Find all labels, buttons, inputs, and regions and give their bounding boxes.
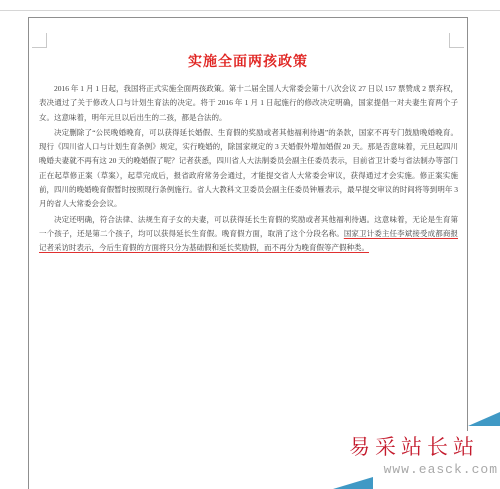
top-divider (0, 10, 500, 11)
paragraph-maternity-leave: 决定还明确，符合法律、法规生育子女的夫妻，可以获得延长生育假的奖励或者其他福利待… (39, 213, 458, 256)
document-page: 实施全面两孩政策 2016 年 1 月 1 日起，我国将正式实施全面两孩政策。第… (28, 17, 468, 489)
watermark-triangle-top-icon (468, 412, 500, 426)
watermark: 易采站长站 www.easck.com (328, 431, 500, 489)
paragraph-marriage-leave: 决定删除了“公民晚婚晚育，可以获得延长婚假、生育假的奖励或者其他福利待遇”的条款… (39, 126, 458, 212)
document-body: 2016 年 1 月 1 日起，我国将正式实施全面两孩政策。第十二届全国人大常委… (29, 82, 467, 256)
margin-crop-mark-left (32, 33, 47, 48)
paragraph-intro: 2016 年 1 月 1 日起，我国将正式实施全面两孩政策。第十二届全国人大常委… (39, 82, 458, 125)
watermark-site-name: 易采站长站 (328, 435, 500, 460)
document-canvas: 实施全面两孩政策 2016 年 1 月 1 日起，我国将正式实施全面两孩政策。第… (0, 0, 500, 489)
document-title: 实施全面两孩政策 (29, 55, 467, 71)
watermark-site-url: www.easck.com (328, 462, 500, 477)
margin-crop-mark-right (449, 33, 464, 48)
